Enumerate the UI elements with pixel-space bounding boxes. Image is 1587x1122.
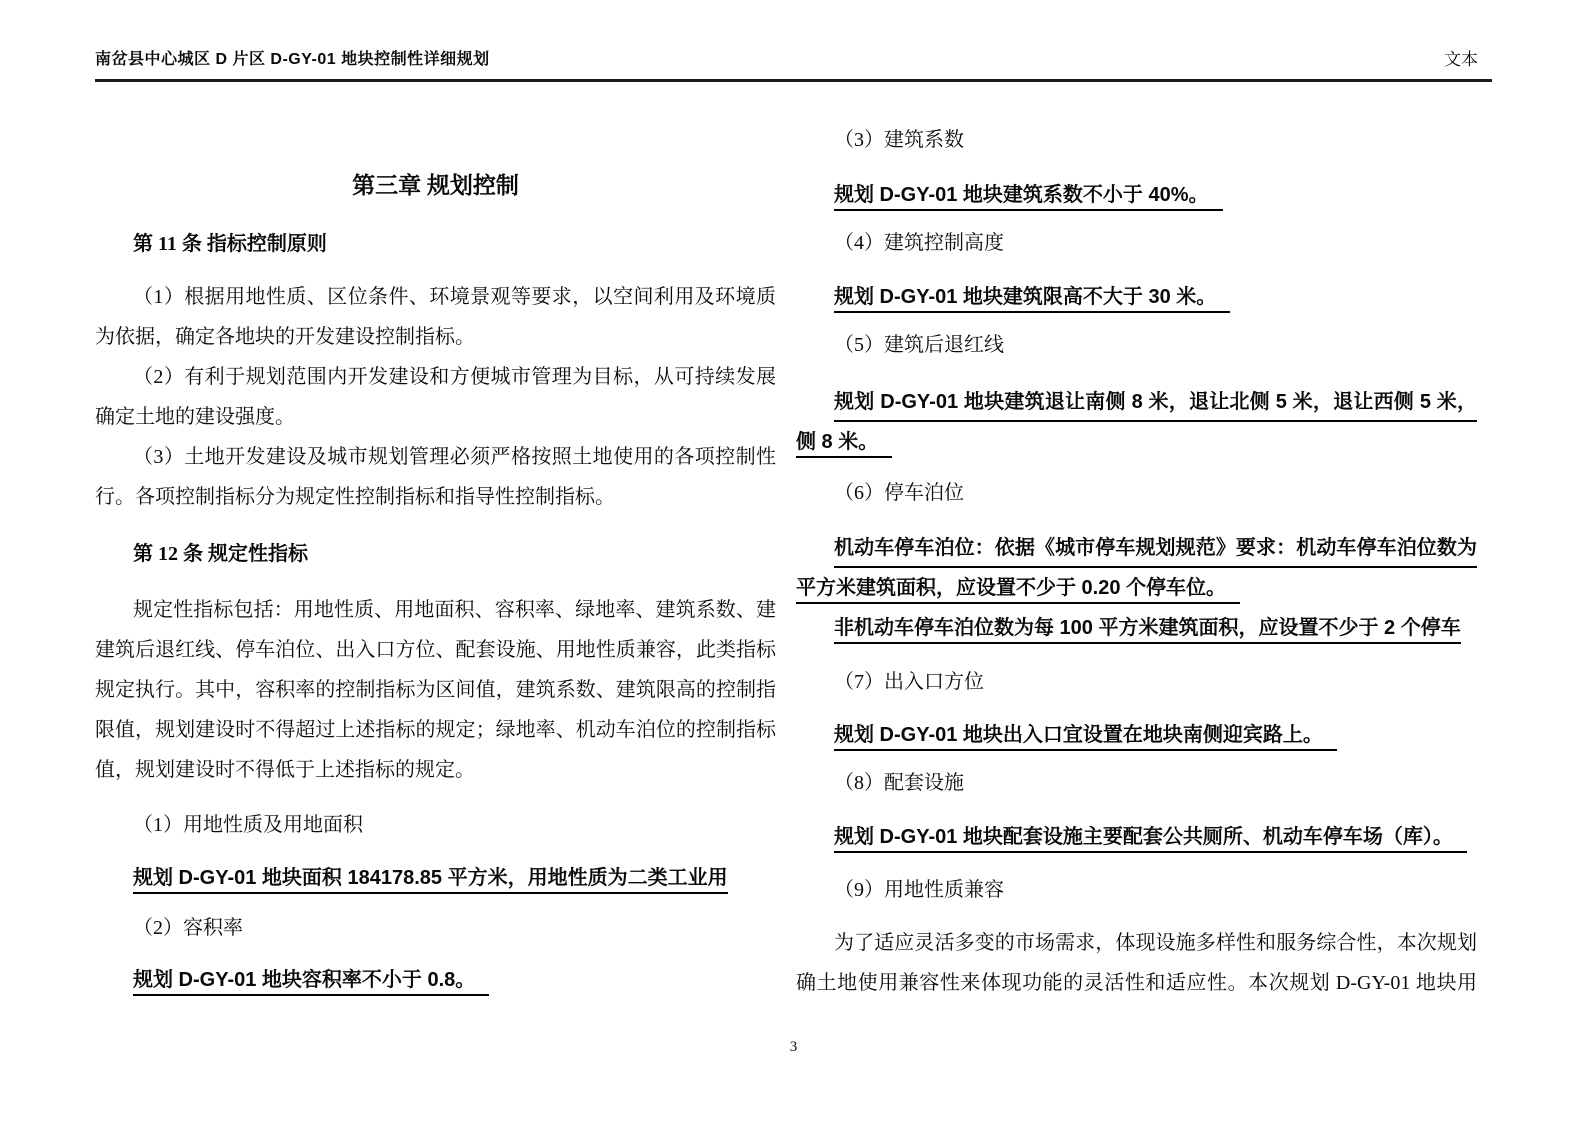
item-4-value: 规划 D-GY-01 地块建筑限高不大于 30 米。 (796, 277, 1477, 317)
item-8-value: 规划 D-GY-01 地块配套设施主要配套公共厕所、机动车停车场（库）。 (796, 817, 1477, 857)
underlined-statement: 规划 D-GY-01 地块建筑限高不大于 30 米。 (834, 286, 1230, 313)
document-page: 南岔县中心城区 D 片区 D-GY-01 地块控制性详细规划 文本 第三章 规划… (0, 0, 1587, 1122)
underlined-statement: 规划 D-GY-01 地块容积率不小于 0.8。 (133, 969, 489, 996)
item-6-heading: （6）停车泊位 (796, 473, 1477, 513)
header-title: 南岔县中心城区 D 片区 D-GY-01 地块控制性详细规划 (95, 50, 490, 70)
paragraph-line: 值，规划建设时不得低于上述指标的规定。 (95, 750, 776, 790)
paragraph-line: 行。各项控制指标分为规定性控制指标和指导性控制指标。 (95, 477, 776, 517)
item-9-heading: （9）用地性质兼容 (796, 870, 1477, 910)
item-6-motor-value: 机动车停车泊位：依据《城市停车规划规范》要求：机动车停车泊位数为每 100 平方… (796, 528, 1477, 608)
underlined-statement: 非机动车停车泊位数为每 100 平方米建筑面积，应设置不少于 2 个停车位。 (834, 617, 1461, 648)
paragraph-line: 为了适应灵活多变的市场需求，体现设施多样性和服务综合性，本次规划通过明 (796, 923, 1477, 963)
item-5-value: 规划 D-GY-01 地块建筑退让南侧 8 米，退让北侧 5 米，退让西侧 5 … (796, 382, 1477, 462)
paragraph-line: 规定性指标包括：用地性质、用地面积、容积率、绿地率、建筑系数、建筑限高、 (95, 590, 776, 630)
underlined-statement: 规划 D-GY-01 地块配套设施主要配套公共厕所、机动车停车场（库）。 (834, 826, 1467, 853)
item-4-heading: （4）建筑控制高度 (796, 223, 1477, 263)
paragraph-line: （2）有利于规划范围内开发建设和方便城市管理为目标，从可持续发展的角度 (95, 357, 776, 397)
paragraph-line: 确土地使用兼容性来体现功能的灵活性和适应性。本次规划 D-GY-01 地块用地性… (796, 963, 1477, 1003)
chapter-title: 第三章 规划控制 (95, 164, 776, 208)
header-corner-label: 文本 (1444, 50, 1492, 70)
item-3-heading: （3）建筑系数 (796, 120, 1477, 160)
underlined-statement: 规划 D-GY-01 地块出入口宜设置在地块南侧迎宾路上。 (834, 724, 1337, 751)
right-column: （3）建筑系数 规划 D-GY-01 地块建筑系数不小于 40%。 （4）建筑控… (796, 120, 1477, 1003)
article-12-heading: 第 12 条 规定性指标 (95, 534, 776, 574)
item-2-value: 规划 D-GY-01 地块容积率不小于 0.8。 (95, 960, 776, 1000)
paragraph-4: 规定性指标包括：用地性质、用地面积、容积率、绿地率、建筑系数、建筑限高、 建筑后… (95, 590, 776, 790)
paragraph-line: 规定执行。其中，容积率的控制指标为区间值，建筑系数、建筑限高的控制指标为上 (95, 670, 776, 710)
left-column: 第三章 规划控制 第 11 条 指标控制原则 （1）根据用地性质、区位条件、环境… (95, 150, 776, 1000)
item-8-heading: （8）配套设施 (796, 763, 1477, 803)
article-11-heading: 第 11 条 指标控制原则 (95, 224, 776, 264)
paragraph-1: （1）根据用地性质、区位条件、环境景观等要求，以空间利用及环境质量控制 为依据，… (95, 277, 776, 357)
underlined-statement: 平方米建筑面积，应设置不少于 0.20 个停车位。 (796, 577, 1240, 604)
paragraph-line: 确定土地的建设强度。 (95, 397, 776, 437)
paragraph-5: 为了适应灵活多变的市场需求，体现设施多样性和服务综合性，本次规划通过明 确土地使… (796, 923, 1477, 1003)
item-1-heading: （1）用地性质及用地面积 (95, 805, 776, 845)
item-5-heading: （5）建筑后退红线 (796, 325, 1477, 365)
page-number: 3 (0, 1036, 1587, 1058)
item-7-value: 规划 D-GY-01 地块出入口宜设置在地块南侧迎宾路上。 (796, 715, 1477, 755)
paragraph-line: （3）土地开发建设及城市规划管理必须严格按照土地使用的各项控制性指标执 (95, 437, 776, 477)
underlined-statement-line: 规划 D-GY-01 地块建筑退让南侧 8 米，退让北侧 5 米，退让西侧 5 … (834, 382, 1477, 422)
paragraph-line: 限值，规划建设时不得超过上述指标的规定；绿地率、机动车泊位的控制指标为下限 (95, 710, 776, 750)
underlined-statement-line: 平方米建筑面积，应设置不少于 0.20 个停车位。 (796, 568, 1477, 608)
item-2-heading: （2）容积率 (95, 908, 776, 948)
underlined-statement: 侧 8 米。 (796, 431, 892, 458)
paragraph-line: （1）根据用地性质、区位条件、环境景观等要求，以空间利用及环境质量控制 (95, 277, 776, 317)
underlined-statement: 规划 D-GY-01 地块面积 184178.85 平方米，用地性质为二类工业用… (133, 867, 728, 898)
paragraph-line: 建筑后退红线、停车泊位、出入口方位、配套设施、用地性质兼容，此类指标必须按 (95, 630, 776, 670)
item-6-nonmotor-value: 非机动车停车泊位数为每 100 平方米建筑面积，应设置不少于 2 个停车位。 (796, 608, 1477, 648)
underlined-statement: 规划 D-GY-01 地块建筑系数不小于 40%。 (834, 184, 1223, 211)
item-3-value: 规划 D-GY-01 地块建筑系数不小于 40%。 (796, 175, 1477, 215)
underlined-statement-line: 侧 8 米。 (796, 422, 1477, 462)
paragraph-line: 为依据，确定各地块的开发建设控制指标。 (95, 317, 776, 357)
page-header: 南岔县中心城区 D 片区 D-GY-01 地块控制性详细规划 文本 (95, 50, 1492, 82)
paragraph-2: （2）有利于规划范围内开发建设和方便城市管理为目标，从可持续发展的角度 确定土地… (95, 357, 776, 437)
item-7-heading: （7）出入口方位 (796, 662, 1477, 702)
underlined-statement-line: 机动车停车泊位：依据《城市停车规划规范》要求：机动车停车泊位数为每 100 (834, 528, 1477, 568)
item-1-value: 规划 D-GY-01 地块面积 184178.85 平方米，用地性质为二类工业用… (95, 858, 776, 898)
paragraph-3: （3）土地开发建设及城市规划管理必须严格按照土地使用的各项控制性指标执 行。各项… (95, 437, 776, 517)
